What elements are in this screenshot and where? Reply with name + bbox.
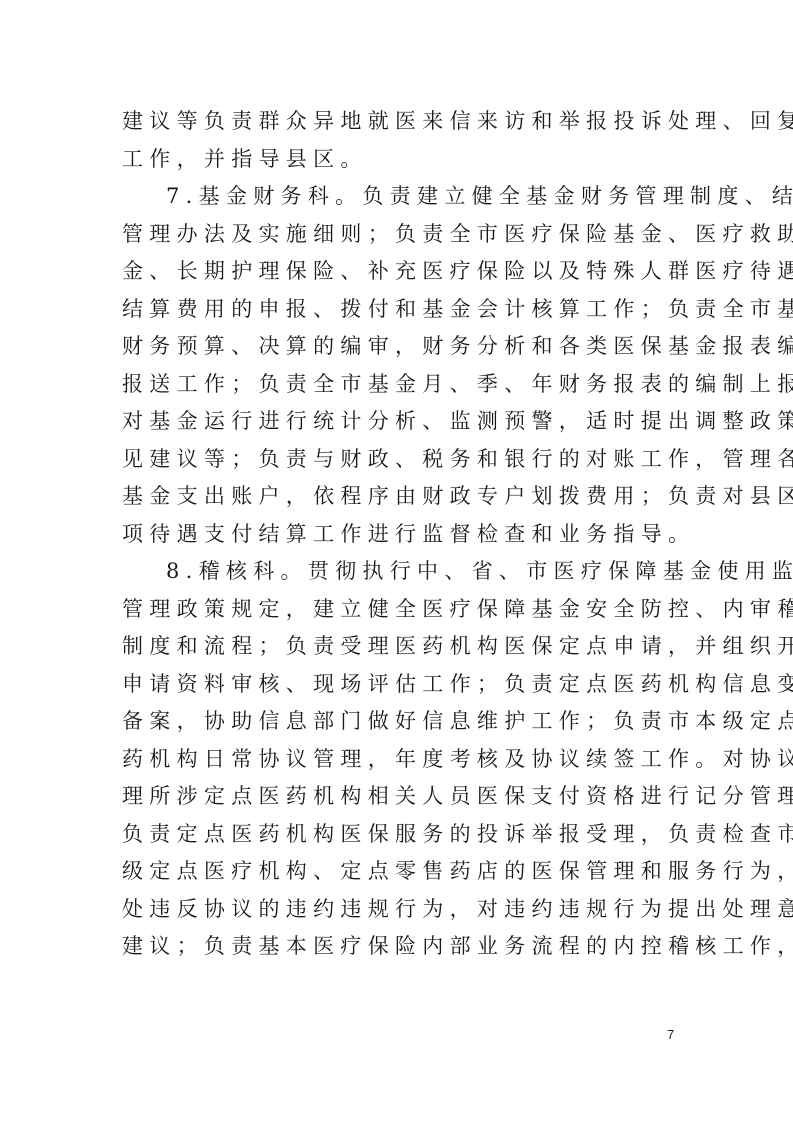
section-heading-line: 7.基金财务科。负责建立健全基金财务管理制度、结算	[122, 178, 678, 216]
text-line: 管理办法及实施细则；负责全市医疗保险基金、医疗救助基	[122, 216, 678, 254]
text-line: 建议；负责基本医疗保险内部业务流程的内控稽核工作，负	[122, 928, 678, 966]
text-line: 结算费用的申报、拨付和基金会计核算工作；负责全市基金	[122, 291, 678, 329]
text-line: 报送工作；负责全市基金月、季、年财务报表的编制上报，	[122, 366, 678, 404]
text-line: 级定点医疗机构、定点零售药店的医保管理和服务行为，查	[122, 853, 678, 891]
text-line: 负责定点医药机构医保服务的投诉举报受理，负责检查市本	[122, 816, 678, 854]
text-line: 药机构日常协议管理，年度考核及协议续签工作。对协议管	[122, 741, 678, 779]
body-text: 建议等负责群众异地就医来信来访和举报投诉处理、回复等 工作，并指导县区。 7.基…	[122, 103, 678, 966]
text-line: 备案，协助信息部门做好信息维护工作；负责市本级定点医	[122, 703, 678, 741]
document-page: 建议等负责群众异地就医来信来访和举报投诉处理、回复等 工作，并指导县区。 7.基…	[0, 0, 793, 1122]
text-line: 制度和流程；负责受理医药机构医保定点申请，并组织开展	[122, 628, 678, 666]
text-line: 财务预算、决算的编审，财务分析和各类医保基金报表编制	[122, 328, 678, 366]
text-line: 工作，并指导县区。	[122, 141, 678, 179]
text-line: 见建议等；负责与财政、税务和银行的对账工作，管理各项	[122, 441, 678, 479]
text-line: 基金支出账户，依程序由财政专户划拨费用；负责对县区各	[122, 478, 678, 516]
text-line: 管理政策规定，建立健全医疗保障基金安全防控、内审稽核	[122, 591, 678, 629]
text-line: 对基金运行进行统计分析、监测预警，适时提出调整政策意	[122, 403, 678, 441]
text-line: 申请资料审核、现场评估工作；负责定点医药机构信息变更	[122, 666, 678, 704]
text-line: 建议等负责群众异地就医来信来访和举报投诉处理、回复等	[122, 103, 678, 141]
text-line: 处违反协议的违约违规行为，对违约违规行为提出处理意见	[122, 891, 678, 929]
text-line: 项待遇支付结算工作进行监督检查和业务指导。	[122, 516, 678, 554]
text-line: 金、长期护理保险、补充医疗保险以及特殊人群医疗待遇等	[122, 253, 678, 291]
text-line: 理所涉定点医药机构相关人员医保支付资格进行记分管理；	[122, 778, 678, 816]
section-heading-line: 8.稽核科。贯彻执行中、省、市医疗保障基金使用监督	[122, 553, 678, 591]
page-number: 7	[667, 1027, 674, 1042]
